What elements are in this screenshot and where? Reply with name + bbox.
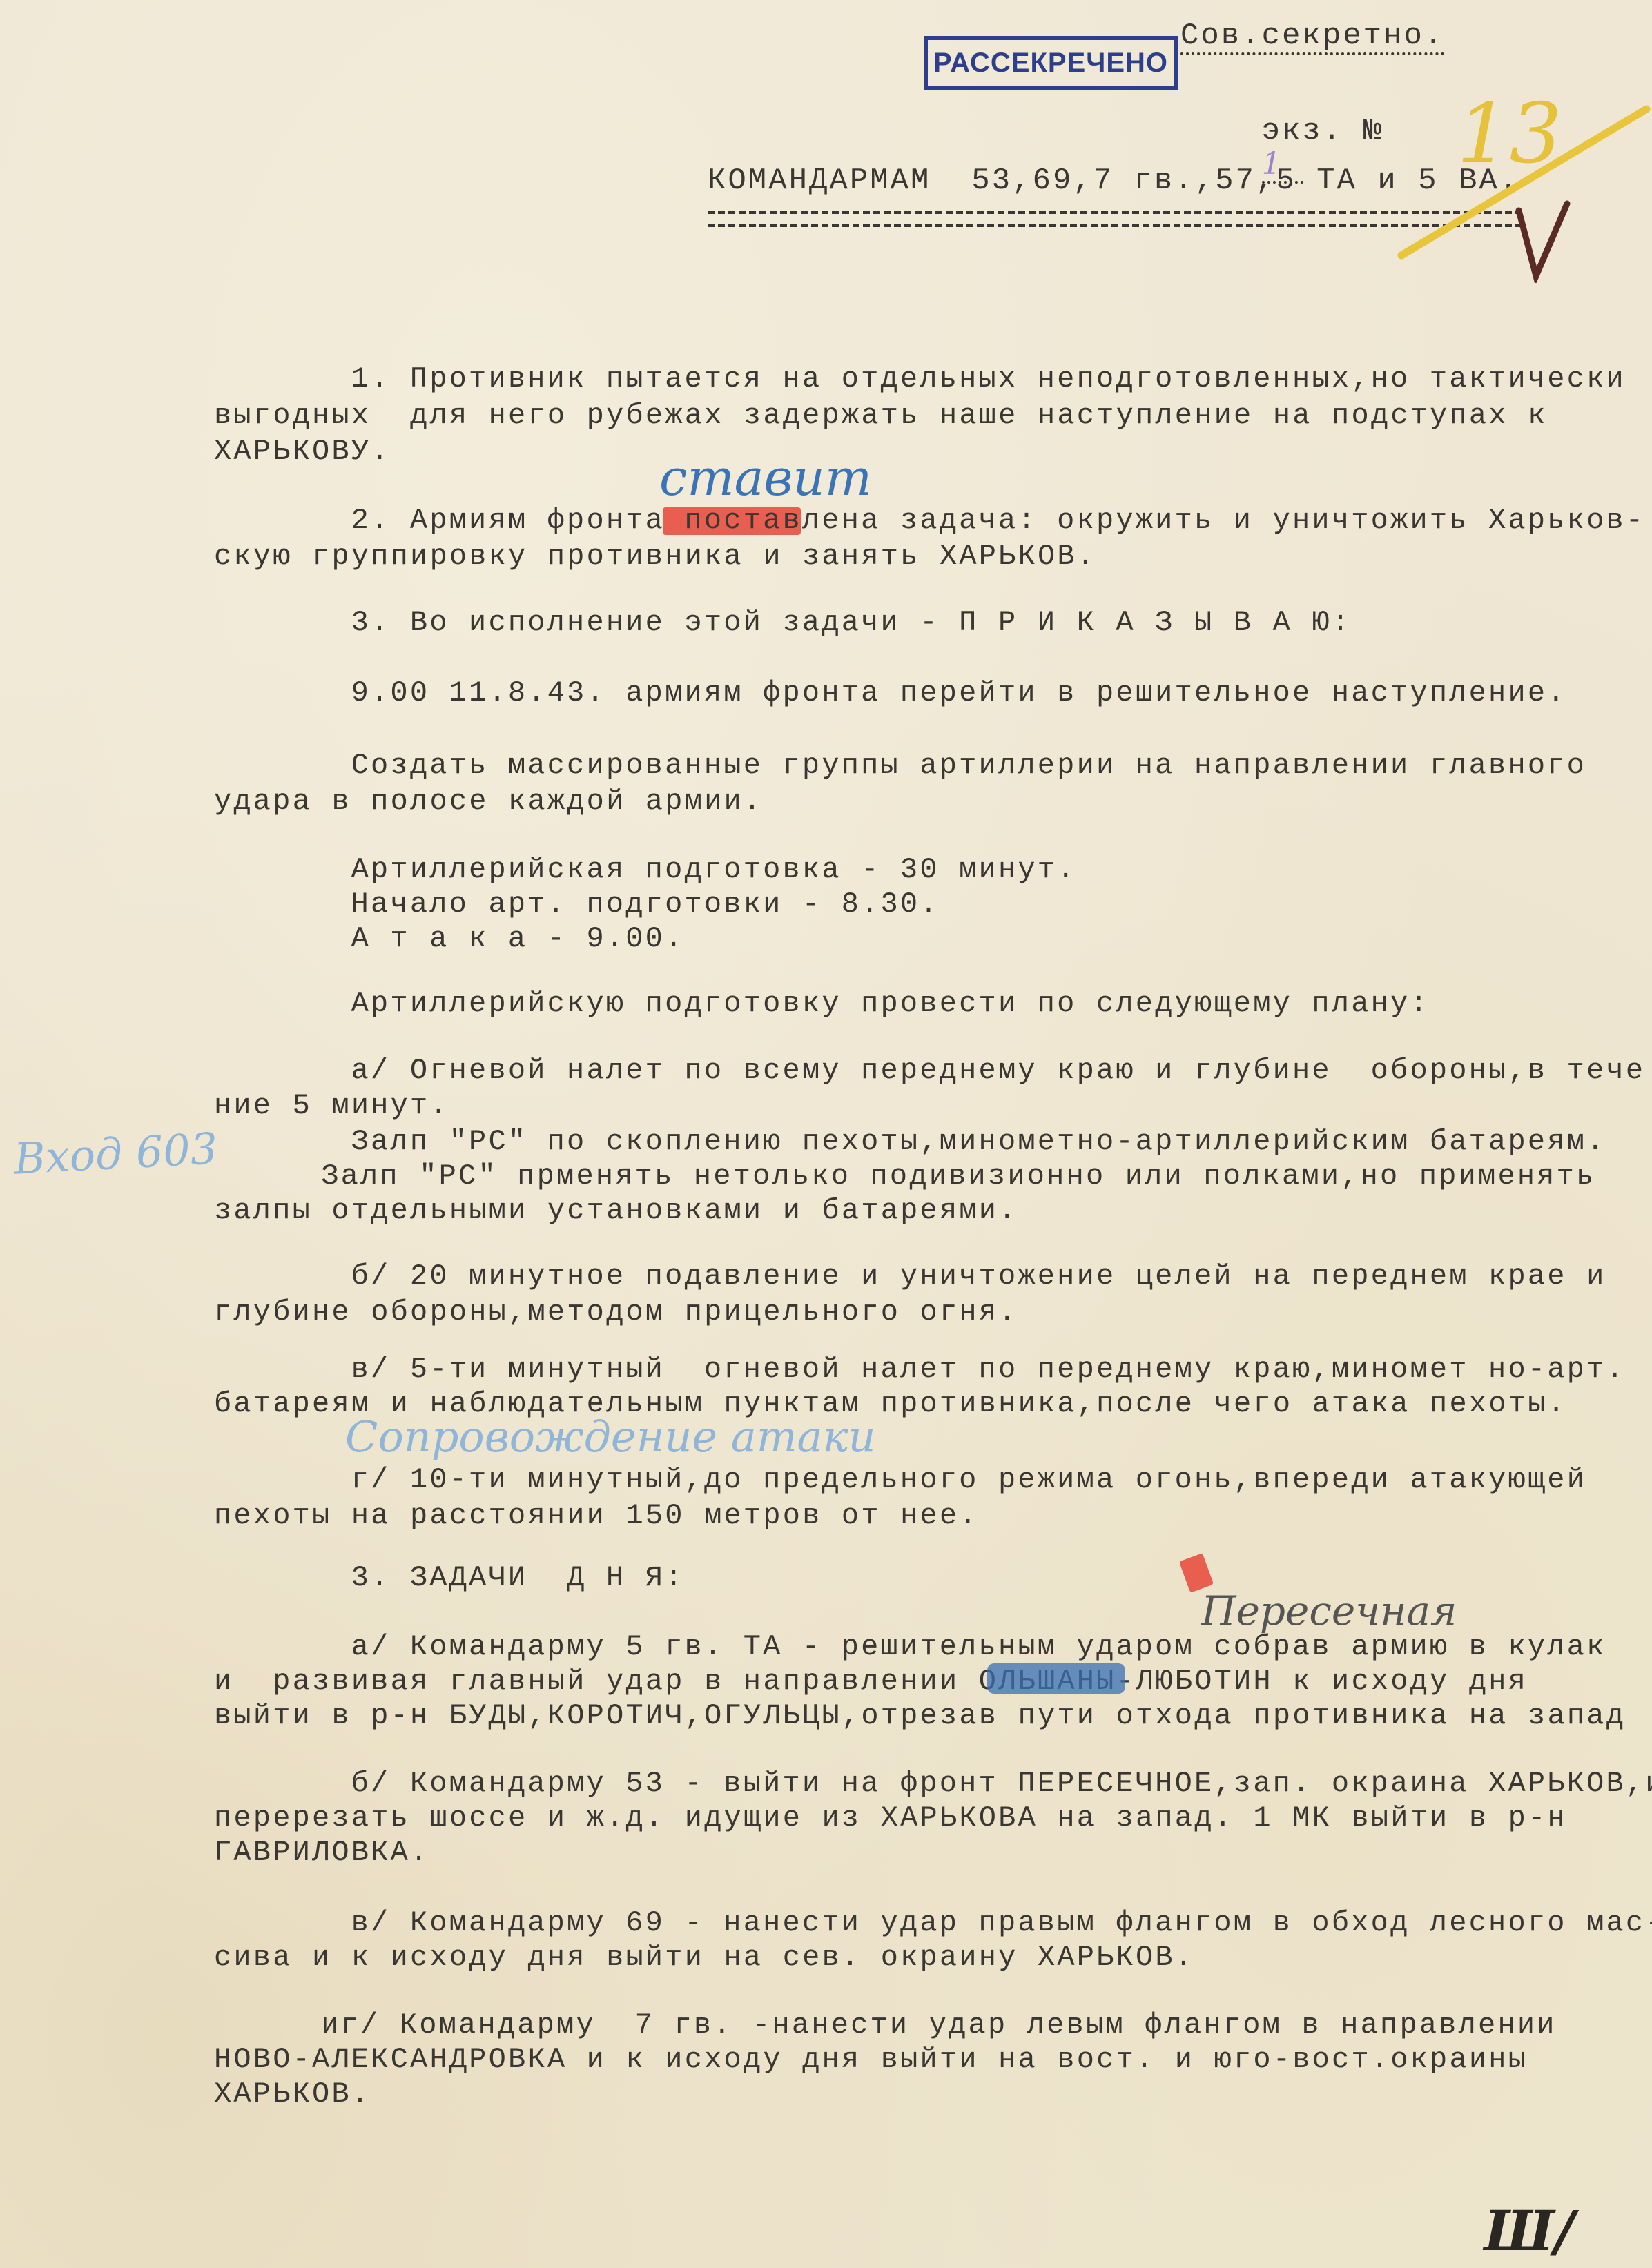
classification-label: Сов.секретно. [1180, 19, 1444, 55]
item-a-line1: а/ Огневой налет по всему переднему краю… [273, 1054, 1645, 1087]
item-g-line2: пехоты на расстоянии 150 метров от нее. [214, 1499, 979, 1532]
item-a-line2: ние 5 минут. [214, 1089, 449, 1122]
handwritten-correction-above-para2: ставит [659, 449, 872, 507]
para3-line: 3. Во исполнение этой задачи - П Р И К А… [273, 606, 1351, 639]
prep-start-line: Начало арт. подготовки - 8.30. [273, 888, 940, 921]
para1-line3: ХАРЬКОВУ. [214, 435, 391, 468]
handwritten-note-escort: Сопровождение атаки [345, 1411, 875, 1462]
task-b-line1: б/ Командарму 53 - выйти на фронт ПЕРЕСЕ… [273, 1767, 1652, 1800]
item-v-line1: в/ 5-ти минутный огневой налет по передн… [273, 1353, 1626, 1386]
task-v-line1: в/ Командарму 69 - нанести удар правым ф… [273, 1906, 1652, 1939]
check-mark-icon [1512, 200, 1574, 283]
stamp-text: РАССЕКРЕЧЕНО [933, 48, 1168, 79]
start-time-line: 9.00 11.8.43. армиям фронта перейти в ре… [273, 676, 1567, 710]
task-v-line2: сива и к исходу дня выйти на сев. окраин… [214, 1941, 1194, 1974]
prep-duration-line: Артиллерийская подготовка - 30 минут. [273, 853, 1077, 886]
item-a-line5: залпы отдельными установками и батареями… [214, 1194, 1018, 1227]
task-b-line3: ГАВРИЛОВКА. [214, 1836, 429, 1869]
para2-line2: скую группировку противника и занять ХАР… [214, 540, 1096, 573]
item-b-line1: б/ 20 минутное подавление и уничтожение … [273, 1260, 1606, 1293]
task-g-line2: НОВО-АЛЕКСАНДРОВКА и к исходу дня выйти … [214, 2043, 1528, 2076]
para1-line1: 1. Противник пытается на отдельных непод… [273, 362, 1626, 395]
para2-line1: 2. Армиям фронта поставлена задача: окру… [273, 504, 1645, 537]
handwritten-note-peresechnaya: Пересечная [1201, 1587, 1457, 1634]
item-b-line2: глубине обороны,методом прицельного огня… [214, 1296, 1018, 1329]
declassified-stamp: РАССЕКРЕЧЕНО [924, 36, 1178, 90]
task-g-line1: иг/ Командарму 7 гв. -нанести удар левым… [262, 2008, 1557, 2042]
copy-label: экз. № [1262, 114, 1383, 148]
signature-mark: Ш/ [1484, 2198, 1575, 2263]
artillery-groups-line1: Создать массированные группы артиллерии … [273, 749, 1586, 782]
para1-line2: выгодных для него рубежах задержать наше… [214, 399, 1547, 432]
task-b-line2: перерезать шоссе и ж.д. идущие из ХАРЬКО… [214, 1801, 1567, 1835]
artillery-groups-line2: удара в полосе каждой армии. [214, 785, 763, 818]
tasks-of-day-heading: 3. ЗАДАЧИ Д Н Я: [273, 1561, 685, 1594]
task-a-line2: и развивая главный удар в направлении ОЛ… [214, 1665, 1528, 1698]
task-g-line3: ХАРЬКОВ. [214, 2078, 371, 2111]
document-page: РАССЕКРЕЧЕНО Сов.секретно. экз. № 1 КОМА… [0, 0, 1652, 2268]
item-g-line1: г/ 10-ти минутный,до предельного режима … [273, 1463, 1586, 1496]
blue-scribble-strikeout [987, 1663, 1125, 1694]
attack-time-line: А т а к а - 9.00. [273, 922, 685, 955]
prep-plan-heading: Артиллерийскую подготовку провести по сл… [273, 987, 1430, 1020]
task-a-line1: а/ Командарму 5 гв. ТА - решительным уда… [273, 1630, 1606, 1663]
handwritten-margin-note: Вход 603 [12, 1123, 219, 1184]
task-a-line3: выйти в р-н БУДЫ,КОРОТИЧ,ОГУЛЬЦЫ,отрезав… [214, 1699, 1626, 1732]
item-a-line3: Залп "РС" по скоплению пехоты,минометно-… [273, 1125, 1606, 1158]
item-a-line4: Залп "РС" прменять нетолько подивизионно… [262, 1160, 1595, 1193]
